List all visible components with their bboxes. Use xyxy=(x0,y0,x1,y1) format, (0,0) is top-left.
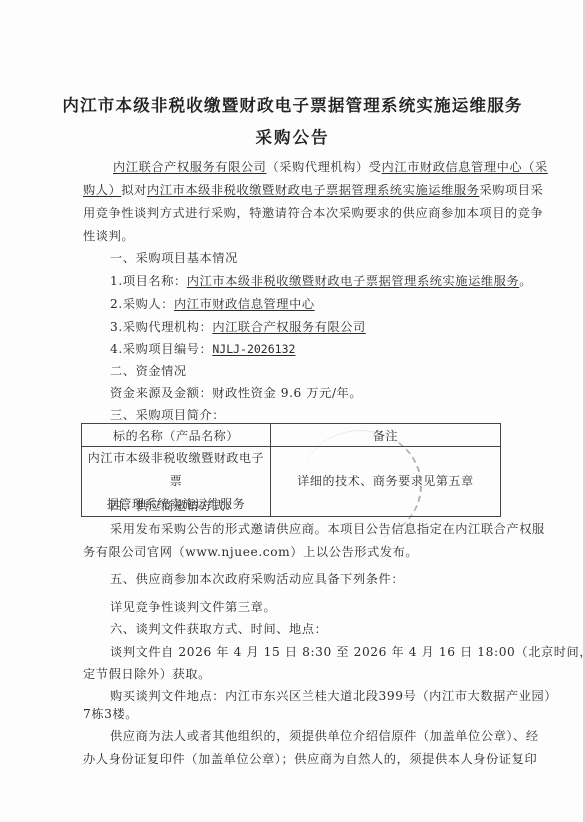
item-value: 内江联合产权服务有限公司 xyxy=(212,320,365,334)
place-line-2: 7栋3楼。 xyxy=(83,705,138,722)
item-agency: 3.采购代理机构：内江联合产权服务有限公司 xyxy=(110,318,366,335)
item-label: 4.采购项目编号： xyxy=(110,342,212,356)
item-label: 3.采购代理机构： xyxy=(110,320,212,334)
item-value: NJLJ-2026132 xyxy=(212,342,295,356)
agency-role: （采购代理机构）受 xyxy=(266,160,381,174)
time-line-2: 定节假日除外）获取。 xyxy=(83,665,211,682)
document-subtitle: 采购公告 xyxy=(0,124,585,148)
item-project-number: 4.采购项目编号：NJLJ-2026132 xyxy=(110,340,295,357)
intro-line-2: 购人）拟对内江市本级非税收缴暨财政电子票据管理系统实施运维服务采购项目采 xyxy=(83,181,543,198)
intro-line-1: 内江联合产权服务有限公司（采购代理机构）受内江市财政信息管理中心（采 xyxy=(113,158,548,175)
intro-tail: 采购项目采 xyxy=(479,183,543,197)
buyer-name: 内江市财政信息管理中心（采 xyxy=(382,160,548,174)
conditions-text: 详见竞争性谈判文件第三章。 xyxy=(110,598,276,615)
section1-heading: 一、采购项目基本情况 xyxy=(110,249,238,266)
table-header-note: 备注 xyxy=(271,424,501,447)
agency-name: 内江联合产权服务有限公司 xyxy=(113,160,266,174)
requirement-line-2: 办人身份证复印件（加盖单位公章）；供应商为自然人的，须提供本人身份证复印 xyxy=(83,750,537,767)
section5-heading: 五、供应商参加本次政府采购活动应具备下列条件： xyxy=(110,570,404,587)
item-project-name: 1.项目名称：内江市本级非税收缴暨财政电子票据管理系统实施运维服务。 xyxy=(110,272,532,289)
funding-text: 资金来源及金额：财政性资金 9.6 万元/年。 xyxy=(110,384,362,401)
section6-heading: 六、谈判文件获取方式、时间、地点： xyxy=(110,620,327,637)
item-value: 内江市本级非税收缴暨财政电子票据管理系统实施运维服务 xyxy=(187,274,519,288)
document-title: 内江市本级非税收缴暨财政电子票据管理系统实施运维服务 xyxy=(0,92,585,116)
cell-line: 内江市本级非税收缴暨财政电子票 xyxy=(82,447,270,493)
intro-line-3: 用竞争性谈判方式进行采购，特邀请符合本次采购要求的供应商参加本项目的竞争 xyxy=(83,204,543,221)
item-suffix: 。 xyxy=(519,274,532,288)
intro-line-4: 性谈判。 xyxy=(83,227,134,244)
requirement-line-1: 供应商为法人或者其他组织的，须提供单位介绍信原件（加盖单位公章）、经 xyxy=(110,727,539,744)
invitation-line-2: 务有限公司官网（www.njuee.com）上以公告形式发布。 xyxy=(83,543,418,560)
section4-heading: 四、供应商邀请方式： xyxy=(110,497,238,514)
invitation-line-1: 采用发布采购公告的形式邀请供应商。本项目公告信息指定在内江联合产权服 xyxy=(110,520,545,537)
time-line-1: 谈判文件自 2026 年 4 月 15 日 8:30 至 2026 年 4 月 … xyxy=(110,643,585,660)
table-header-name: 标的名称（产品名称） xyxy=(82,424,271,447)
project-name: 内江市本级非税收缴暨财政电子票据管理系统实施运维服务 xyxy=(147,183,479,197)
intro-plan: 拟对 xyxy=(121,183,147,197)
section2-heading: 二、资金情况 xyxy=(110,362,187,379)
item-value: 内江市财政信息管理中心 xyxy=(174,297,315,311)
item-buyer: 2.采购人：内江市财政信息管理中心 xyxy=(110,295,315,312)
section3-heading: 三、采购项目简介： xyxy=(110,406,225,423)
document-page: 内江市本级非税收缴暨财政电子票据管理系统实施运维服务 采购公告 内江联合产权服务… xyxy=(0,0,585,822)
table-cell-note: 详细的技术、商务要求见第五章 xyxy=(271,447,501,517)
place-line-1: 购买谈判文件地点：内江市东兴区兰桂大道北段399号（内江市大数据产业园） xyxy=(110,687,557,704)
item-label: 2.采购人： xyxy=(110,297,174,311)
buyer-name-cont: 购人） xyxy=(83,183,121,197)
table-header-row: 标的名称（产品名称） 备注 xyxy=(82,424,501,447)
item-label: 1.项目名称： xyxy=(110,274,187,288)
